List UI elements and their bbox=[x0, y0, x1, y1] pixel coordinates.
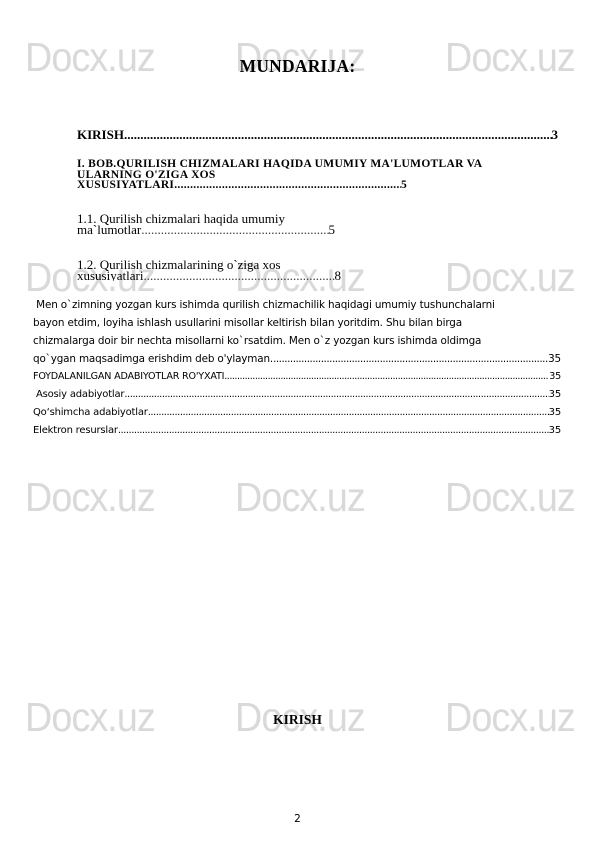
toc-entry-additional-literature[interactable]: Qo‘shimcha adabiyotlar 35 bbox=[33, 404, 561, 422]
toc-entry-label-line2: xususiyatlari bbox=[77, 270, 143, 281]
page-title: MUNDARIJA: bbox=[0, 56, 595, 77]
conclusion-line: Men o`zimning yozgan kurs ishimda qurili… bbox=[33, 296, 561, 314]
section-heading: KIRISH bbox=[0, 712, 595, 728]
watermark-text: Docx.uz bbox=[235, 477, 365, 518]
toc-entry-label: Elektron resurslar bbox=[33, 422, 118, 440]
toc-entry-conclusion[interactable]: Men o`zimning yozgan kurs ishimda qurili… bbox=[33, 296, 561, 368]
toc-entry-page: 35 bbox=[548, 350, 561, 368]
toc-entry-label-line1: I. BOB.QURILISH CHIZMALARI HAQIDA UMUMIY… bbox=[77, 159, 482, 170]
toc-leader-dots bbox=[143, 270, 334, 281]
toc-entry-page: 3 bbox=[552, 127, 559, 143]
watermark-text: Docx.uz bbox=[25, 477, 155, 518]
toc-leader-dots bbox=[124, 127, 552, 143]
toc-entry-label-line2: ma`lumotlar bbox=[77, 224, 141, 235]
watermark-text: Docx.uz bbox=[445, 257, 575, 298]
toc-entry-section-1-1[interactable]: 1.1. Qurilish chizmalari haqida umumiy m… bbox=[77, 213, 335, 235]
toc-entry-main-literature[interactable]: Asosiy adabiyotlar 35 bbox=[33, 386, 561, 404]
toc-entry-page: 5 bbox=[401, 180, 407, 191]
toc-leader-dots bbox=[224, 368, 549, 386]
toc-entry-label: KIRISH bbox=[77, 127, 124, 143]
toc-references: FOYDALANILGAN ADABIYOTLAR RO'YXATI 35 As… bbox=[33, 368, 561, 440]
document-page: Docx.uzDocx.uzDocx.uzDocx.uzDocx.uzDocx.… bbox=[0, 0, 595, 842]
conclusion-line: chizmalarga doir bir nechta misollarni k… bbox=[33, 332, 561, 350]
toc-entry-section-1-2[interactable]: 1.2. Qurilish chizmalarining o`ziga xos … bbox=[77, 259, 341, 281]
toc-leader-dots bbox=[273, 350, 548, 368]
toc-leader-dots bbox=[124, 386, 548, 404]
toc-entry-label: Asosiy adabiyotlar bbox=[33, 386, 124, 404]
page-number: 2 bbox=[0, 813, 595, 825]
toc-leader-dots bbox=[148, 404, 549, 422]
toc-entry-chapter-1[interactable]: I. BOB.QURILISH CHIZMALARI HAQIDA UMUMIY… bbox=[77, 159, 482, 191]
toc-leader-dots bbox=[141, 224, 328, 235]
toc-entry-page: 35 bbox=[549, 386, 561, 404]
toc-entry-page: 35 bbox=[549, 404, 561, 422]
toc-entry-page: 35 bbox=[549, 368, 561, 386]
toc-entry-label-line3: XUSUSIYATLARI bbox=[77, 180, 174, 191]
watermark-text: Docx.uz bbox=[445, 477, 575, 518]
toc-entry-page: 5 bbox=[329, 224, 336, 235]
toc-entry-references[interactable]: FOYDALANILGAN ADABIYOTLAR RO'YXATI 35 bbox=[33, 368, 561, 386]
toc-entry-page: 35 bbox=[549, 422, 561, 440]
toc-entry-kirish[interactable]: KIRISH 3 bbox=[77, 127, 558, 143]
toc-entry-label: FOYDALANILGAN ADABIYOTLAR RO'YXATI bbox=[33, 368, 224, 386]
conclusion-line: bayon etdim, loyiha ishlash usullarini m… bbox=[33, 314, 561, 332]
conclusion-last-line: qo`ygan maqsadimga erishdim deb o'ylayma… bbox=[33, 350, 273, 368]
toc-entry-electronic-resources[interactable]: Elektron resurslar 35 bbox=[33, 422, 561, 440]
toc-leader-dots bbox=[118, 422, 549, 440]
toc-leader-dots bbox=[174, 180, 401, 191]
toc-entry-page: 8 bbox=[335, 270, 342, 281]
toc-entry-label: Qo‘shimcha adabiyotlar bbox=[33, 404, 148, 422]
